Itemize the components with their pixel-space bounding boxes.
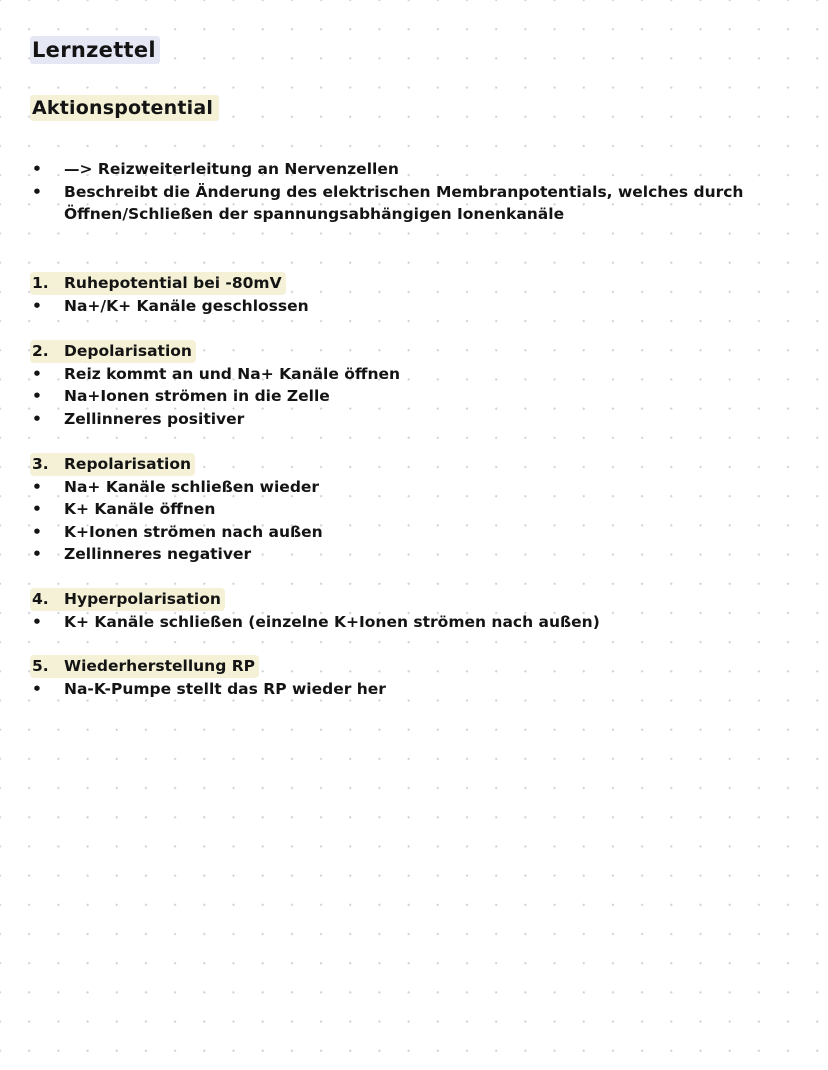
list-item-text: —> Reizweiterleitung an Nervenzellen [64,158,820,181]
section-heading: 1. Ruhepotential bei -80mV [30,272,286,295]
list-item-text: K+Ionen strömen nach außen [64,521,820,544]
bullet-icon: • [30,363,64,386]
list-item: • K+Ionen strömen nach außen [30,521,820,544]
list-item-text: Zellinneres positiver [64,408,820,431]
list-item: • Zellinneres positiver [30,408,820,431]
list-item: • Beschreibt die Änderung des elektrisch… [30,181,820,226]
section-number: 2. [30,340,64,363]
topic-heading: Aktionspotential [30,95,219,121]
bullet-icon: • [30,181,64,226]
section-heading: 5. Wiederherstellung RP [30,655,259,678]
list-item-text: Na-K-Pumpe stellt das RP wieder her [64,678,820,701]
list-item-text: K+ Kanäle öffnen [64,498,820,521]
list-item-text: Beschreibt die Änderung des elektrischen… [64,181,820,226]
page-title: Lernzettel [30,36,160,64]
list-item-text: Na+ Kanäle schließen wieder [64,476,820,499]
list-item-text: Reiz kommt an und Na+ Kanäle öffnen [64,363,820,386]
intro-list: • —> Reizweiterleitung an Nervenzellen •… [30,158,820,226]
section-repolarisation: 3. Repolarisation • Na+ Kanäle schließen… [30,453,820,566]
section-wiederherstellung: 5. Wiederherstellung RP • Na-K-Pumpe ste… [30,655,820,700]
bullet-icon: • [30,543,64,566]
bullet-icon: • [30,408,64,431]
bullet-icon: • [30,678,64,701]
section-title: Ruhepotential [64,274,188,292]
section-heading: 4. Hyperpolarisation [30,588,225,611]
list-item: • Na-K-Pumpe stellt das RP wieder her [30,678,820,701]
note-page: Lernzettel Aktionspotential • —> Reizwei… [0,0,828,1070]
section-title: Wiederherstellung RP [64,657,255,675]
bullet-icon: • [30,158,64,181]
section-heading: 2. Depolarisation [30,340,196,363]
list-item-text: Na+Ionen strömen in die Zelle [64,385,820,408]
list-item: • Zellinneres negativer [30,543,820,566]
section-title: Repolarisation [64,455,191,473]
bullet-icon: • [30,521,64,544]
section-hyperpolarisation: 4. Hyperpolarisation • K+ Kanäle schließ… [30,588,820,633]
section-title: Depolarisation [64,342,192,360]
bullet-icon: • [30,385,64,408]
bullet-icon: • [30,476,64,499]
bullet-icon: • [30,611,64,634]
list-item-text: Zellinneres negativer [64,543,820,566]
list-item-text: K+ Kanäle schließen (einzelne K+Ionen st… [64,611,820,634]
section-title-suffix: bei -80mV [188,274,282,292]
bullet-icon: • [30,498,64,521]
section-heading: 3. Repolarisation [30,453,195,476]
section-depolarisation: 2. Depolarisation • Reiz kommt an und Na… [30,340,820,430]
section-number: 4. [30,588,64,611]
section-number: 3. [30,453,64,476]
list-item: • Reiz kommt an und Na+ Kanäle öffnen [30,363,820,386]
list-item: • —> Reizweiterleitung an Nervenzellen [30,158,820,181]
section-number: 1. [30,272,64,295]
list-item: • Na+ Kanäle schließen wieder [30,476,820,499]
list-item: • Na+Ionen strömen in die Zelle [30,385,820,408]
bullet-icon: • [30,295,64,318]
list-item: • Na+/K+ Kanäle geschlossen [30,295,820,318]
section-ruhepotential: 1. Ruhepotential bei -80mV • Na+/K+ Kanä… [30,272,820,317]
list-item: • K+ Kanäle schließen (einzelne K+Ionen … [30,611,820,634]
section-title: Hyperpolarisation [64,590,221,608]
section-number: 5. [30,655,64,678]
list-item-text: Na+/K+ Kanäle geschlossen [64,295,820,318]
list-item: • K+ Kanäle öffnen [30,498,820,521]
